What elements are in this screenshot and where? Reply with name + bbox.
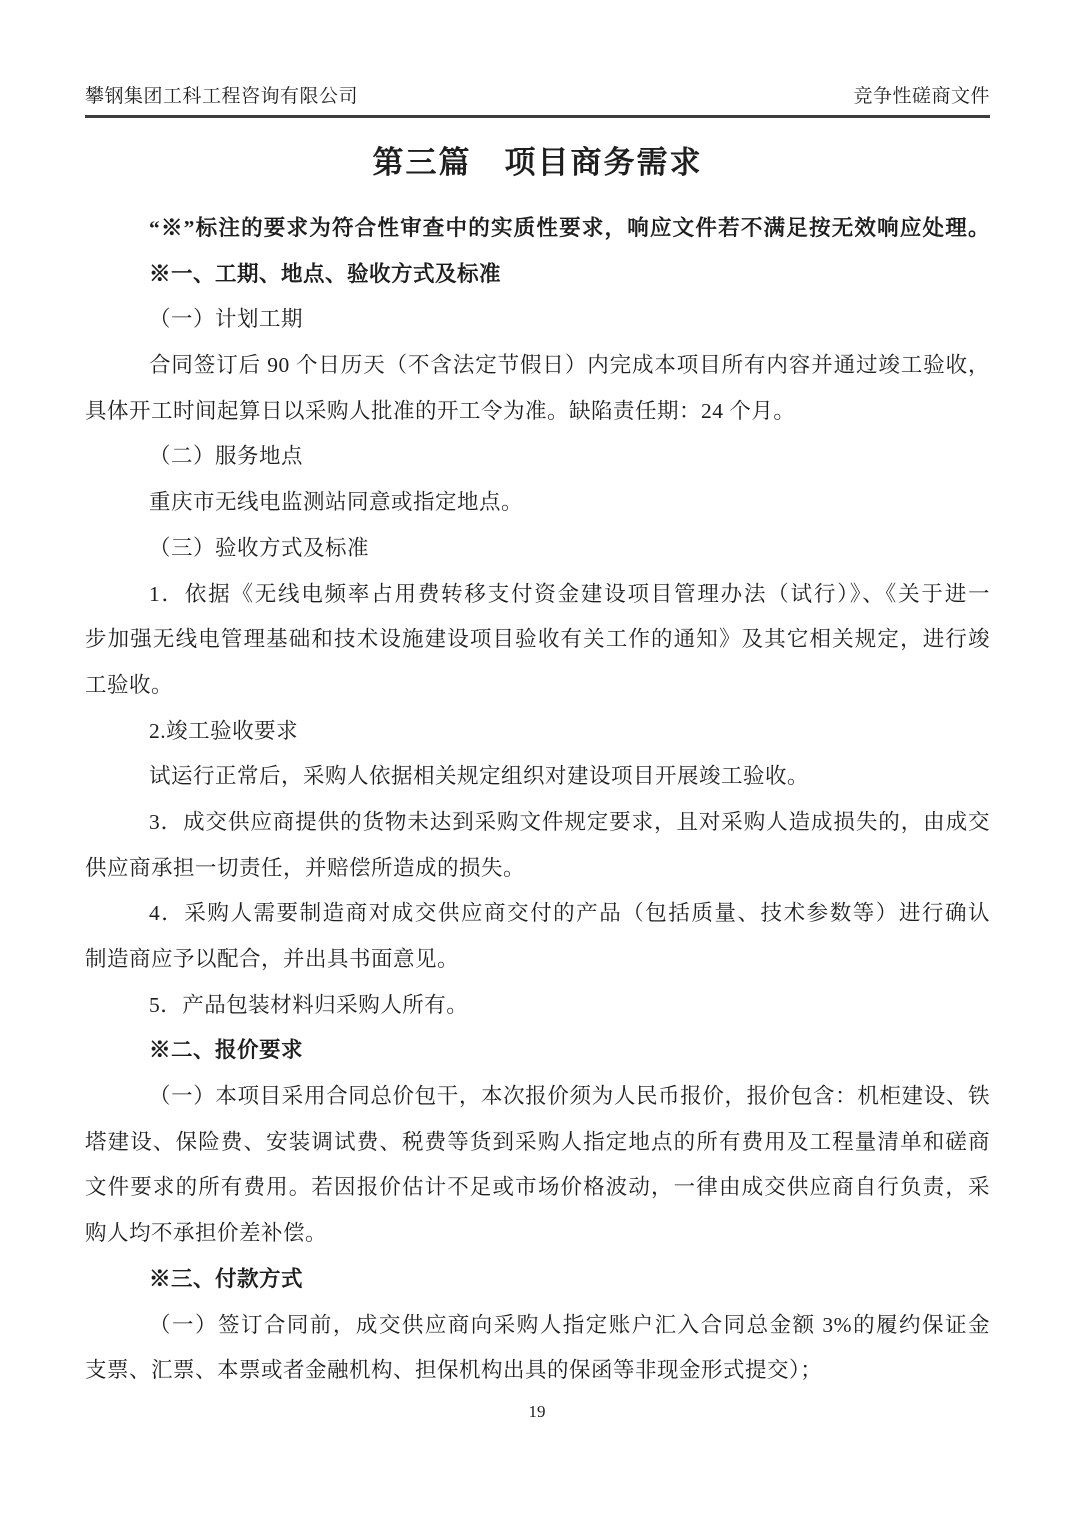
clause-1-1-heading: （一）计划工期 (85, 297, 990, 343)
list-item-line: 1．依据《无线电频率占用费转移支付资金建设项目管理办法（试行）》、《关于进一 (85, 572, 990, 618)
list-item-line: 3．成交供应商提供的货物未达到采购文件规定要求，且对采购人造成损失的，由成交 (85, 800, 990, 846)
section-1-heading: ※一、工期、地点、验收方式及标准 (85, 252, 990, 298)
list-item-line: 4．采购人需要制造商对成交供应商交付的产品（包括质量、技术参数等）进行确认的， (85, 891, 990, 937)
page-footer: 19 (0, 1400, 1074, 1424)
paragraph-line: （一）签订合同前，成交供应商向采购人指定账户汇入合同总金额 3%的履约保证金（以 (85, 1303, 990, 1349)
paragraph-line: 试运行正常后，采购人依据相关规定组织对建设项目开展竣工验收。 (85, 754, 990, 800)
paragraph-line: 具体开工时间起算日以采购人批准的开工令为准。缺陷责任期：24 个月。 (85, 389, 990, 435)
list-item-line: 5．产品包装材料归采购人所有。 (85, 983, 990, 1029)
clause-1-2-heading: （二）服务地点 (85, 434, 990, 480)
substantive-requirement-note: “※”标注的要求为符合性审查中的实质性要求，响应文件若不满足按无效响应处理。 (85, 206, 990, 252)
paragraph-line: 重庆市无线电监测站同意或指定地点。 (85, 480, 990, 526)
paragraph-line: 塔建设、保险费、安装调试费、税费等货到采购人指定地点的所有费用及工程量清单和磋商 (85, 1120, 990, 1166)
header-company-name: 攀钢集团工科工程咨询有限公司 (85, 84, 358, 110)
paragraph-line: 文件要求的所有费用。若因报价估计不足或市场价格波动，一律由成交供应商自行负责，采 (85, 1165, 990, 1211)
header-doc-type: 竞争性磋商文件 (853, 84, 990, 110)
list-item-line: 2.竣工验收要求 (85, 709, 990, 755)
document-body: “※”标注的要求为符合性审查中的实质性要求，响应文件若不满足按无效响应处理。 ※… (85, 206, 990, 1394)
section-3-heading: ※三、付款方式 (85, 1257, 990, 1303)
page-header: 攀钢集团工科工程咨询有限公司 竞争性磋商文件 (85, 84, 990, 118)
paragraph-line: 购人均不承担价差补偿。 (85, 1211, 990, 1257)
paragraph-line: （一）本项目采用合同总价包干，本次报价须为人民币报价，报价包含：机柜建设、铁 (85, 1074, 990, 1120)
paragraph-line: 合同签订后 90 个日历天（不含法定节假日）内完成本项目所有内容并通过竣工验收， (85, 343, 990, 389)
document-title: 第三篇 项目商务需求 (85, 139, 990, 187)
paragraph-line: 制造商应予以配合，并出具书面意见。 (85, 937, 990, 983)
section-2-heading: ※二、报价要求 (85, 1028, 990, 1074)
page-number: 19 (529, 1402, 546, 1421)
document-page: 攀钢集团工科工程咨询有限公司 竞争性磋商文件 第三篇 项目商务需求 “※”标注的… (0, 0, 1074, 1520)
paragraph-line: 步加强无线电管理基础和技术设施建设项目验收有关工作的通知》及其它相关规定，进行竣 (85, 617, 990, 663)
paragraph-line: 工验收。 (85, 663, 990, 709)
paragraph-line: 支票、汇票、本票或者金融机构、担保机构出具的保函等非现金形式提交）； (85, 1348, 990, 1394)
clause-1-3-heading: （三）验收方式及标准 (85, 526, 990, 572)
paragraph-line: 供应商承担一切责任，并赔偿所造成的损失。 (85, 846, 990, 892)
